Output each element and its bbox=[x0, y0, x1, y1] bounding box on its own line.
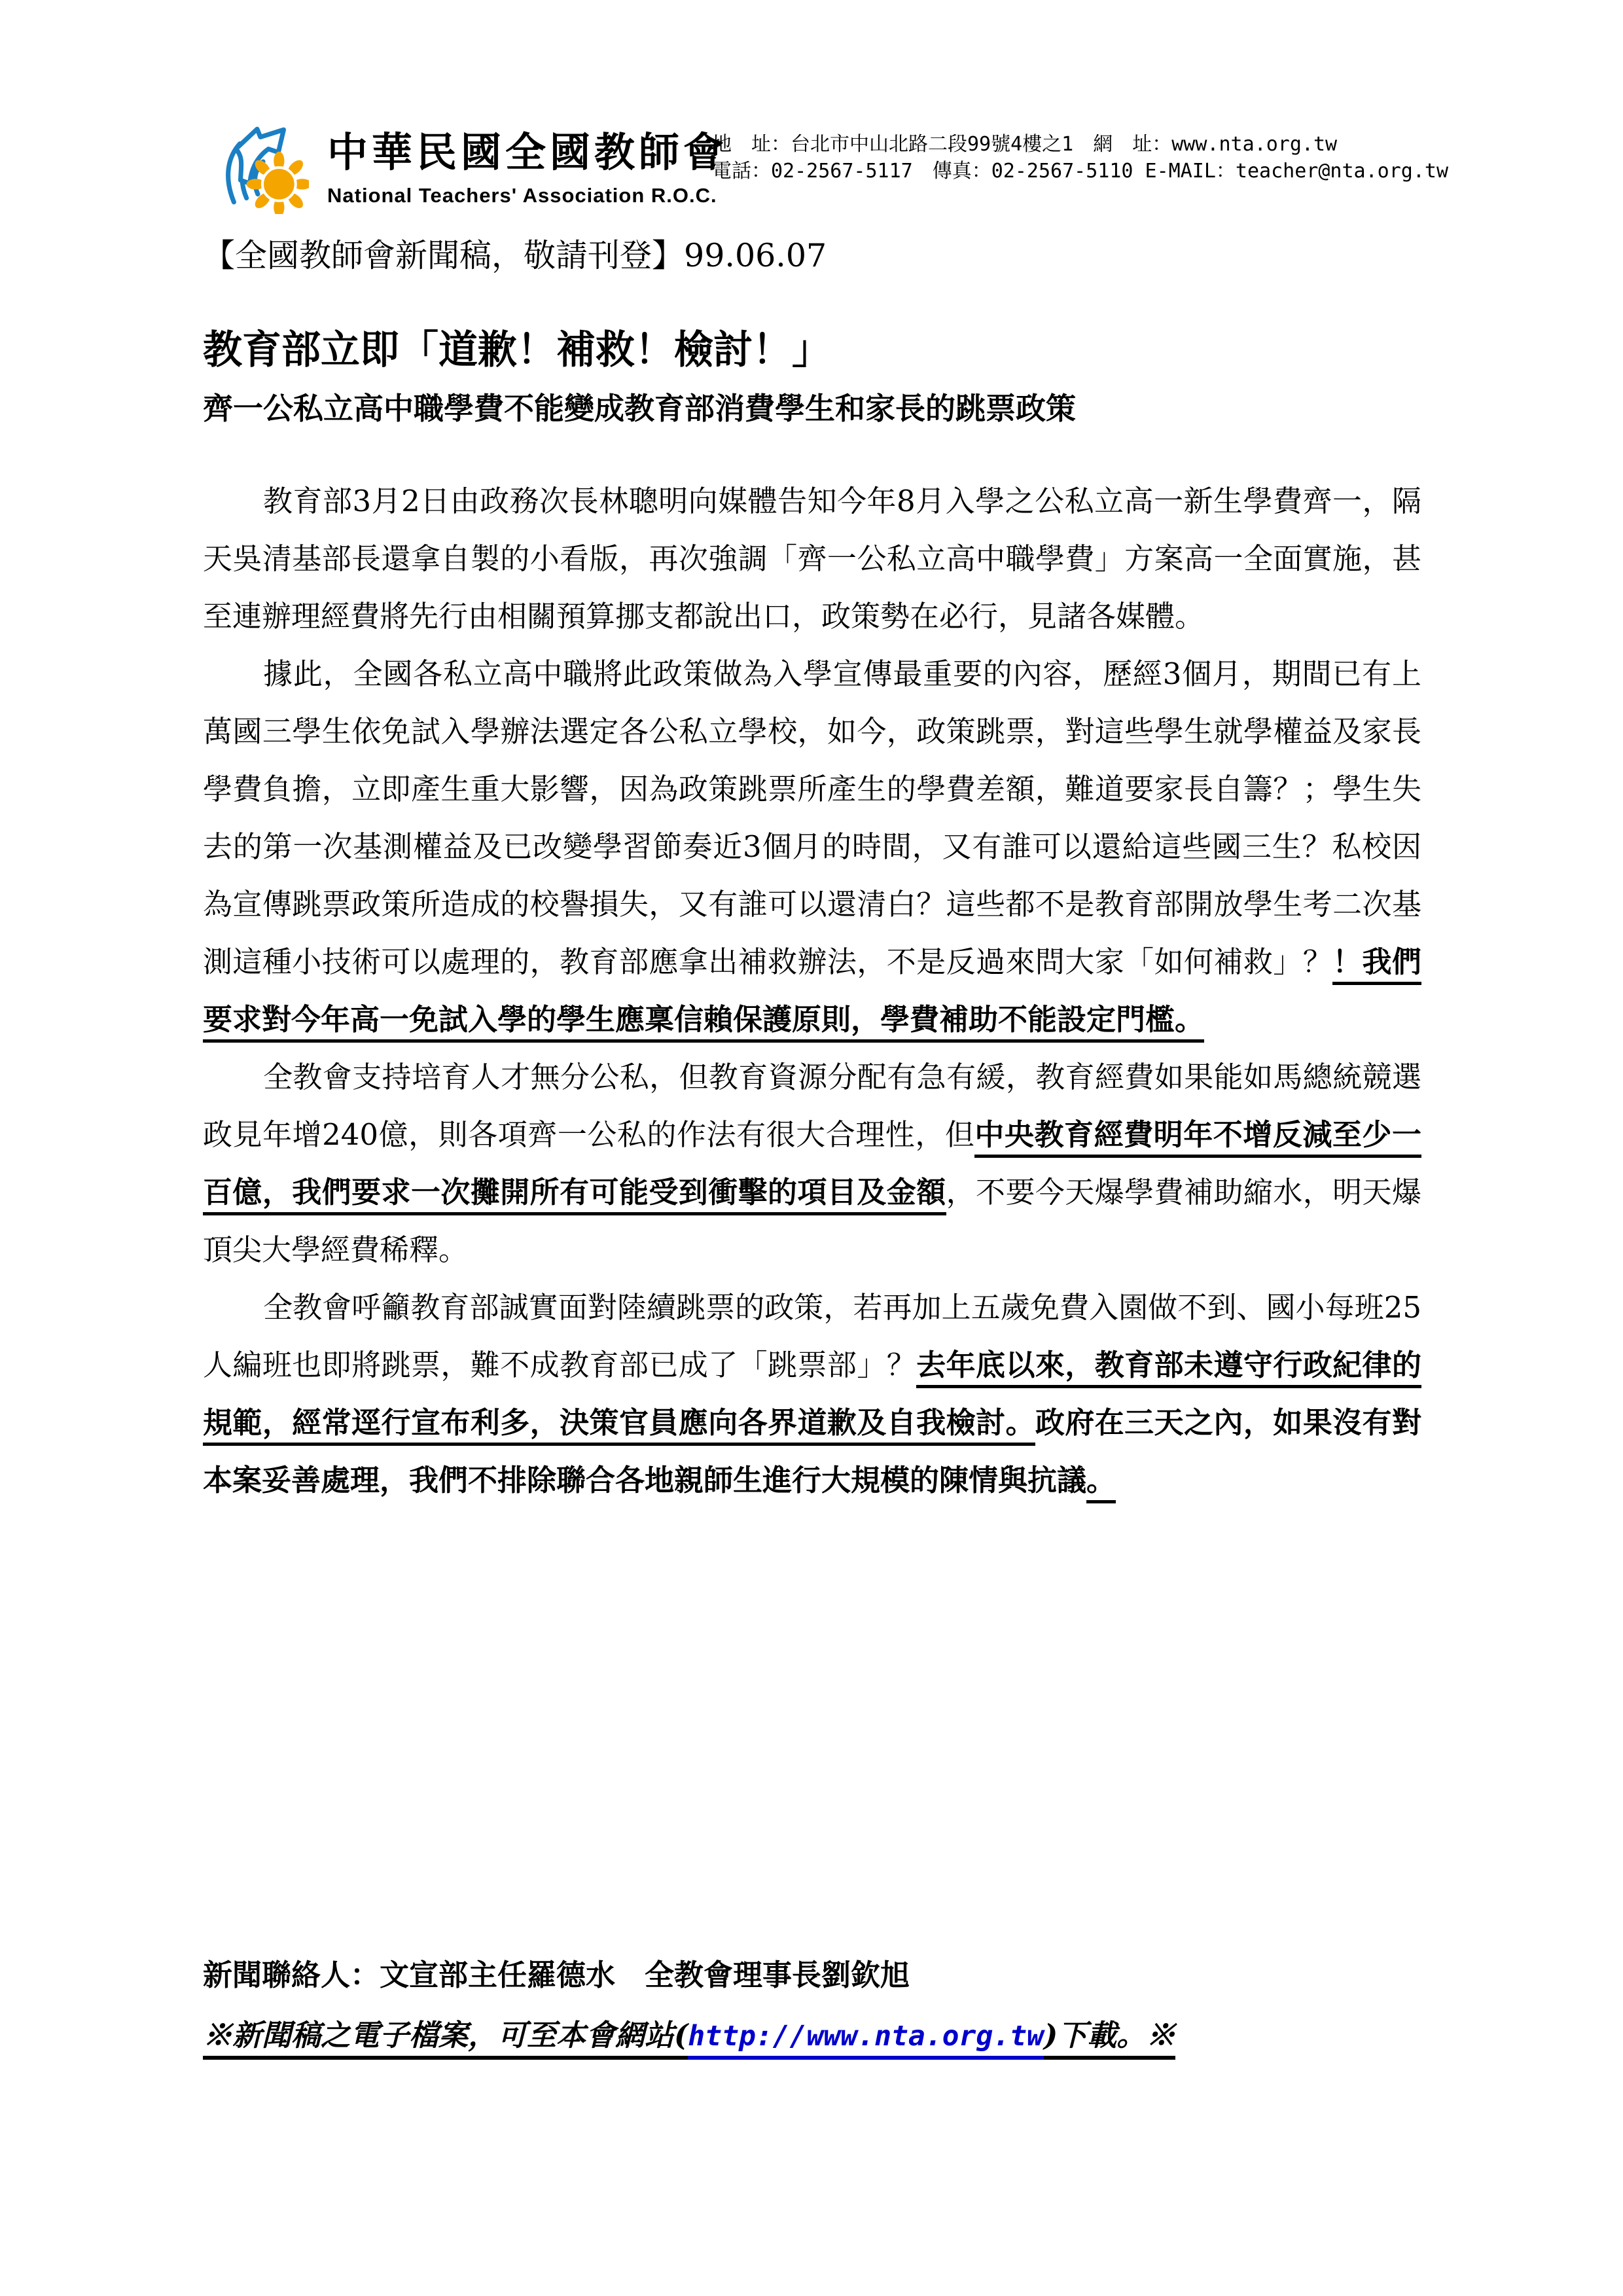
press-release-page: 中華民國全國教師會 National Teachers' Association… bbox=[0, 0, 1623, 2296]
org-name-en: National Teachers' Association R.O.C. bbox=[327, 184, 728, 207]
press-banner: 【全國教師會新聞稿，敬請刊登】99.06.07 bbox=[203, 230, 827, 276]
footer-contact-person: 新聞聯絡人：文宣部主任羅德水 全教會理事長劉欽旭 bbox=[203, 1945, 1175, 2005]
paragraph: 全教會呼籲教育部誠實面對陸續跳票的政策，若再加上五歲免費入園做不到、國小每班25… bbox=[203, 1279, 1421, 1509]
page-title: 教育部立即「道歉！補救！檢討！」 bbox=[203, 319, 831, 375]
body-paragraphs: 教育部3月2日由政務次長林聰明向媒體告知今年8月入學之公私立高一新生學費齊一，隔… bbox=[203, 473, 1421, 1509]
paragraph-segment: 教育部3月2日由政務次長林聰明向媒體告知今年8月入學之公私立高一新生學費齊一，隔… bbox=[203, 484, 1421, 634]
contact-info: 地 址：台北市中山北路二段99號4樓之1 網 址：www.nta.org.tw … bbox=[712, 131, 1448, 185]
footer: 新聞聯絡人：文宣部主任羅德水 全教會理事長劉欽旭 ※新聞稿之電子檔案，可至本會網… bbox=[203, 1945, 1175, 2066]
paragraph: 據此，全國各私立高中職將此政策做為入學宣傳最重要的內容，歷經3個月，期間已有上萬… bbox=[203, 645, 1421, 1049]
press-banner-label: 【全國教師會新聞稿，敬請刊登】 bbox=[203, 237, 684, 274]
paragraph-segment: 。 bbox=[1086, 1463, 1116, 1503]
letterhead: 中華民國全國教師會 National Teachers' Association… bbox=[216, 121, 728, 214]
org-name-block: 中華民國全國教師會 National Teachers' Association… bbox=[327, 121, 728, 207]
footer-note-prefix: ※新聞稿之電子檔案，可至本會網站( bbox=[203, 2018, 688, 2060]
paragraph: 教育部3月2日由政務次長林聰明向媒體告知今年8月入學之公私立高一新生學費齊一，隔… bbox=[203, 473, 1421, 645]
paragraph-segment: 據此，全國各私立高中職將此政策做為入學宣傳最重要的內容，歷經3個月，期間已有上萬… bbox=[203, 656, 1421, 979]
footer-note-url-link[interactable]: http://www.nta.org.tw bbox=[688, 2020, 1044, 2060]
press-date: 99.06.07 bbox=[684, 237, 827, 274]
contact-address-line: 地 址：台北市中山北路二段99號4樓之1 網 址：www.nta.org.tw bbox=[712, 131, 1448, 158]
org-name-zh: 中華民國全國教師會 bbox=[327, 121, 728, 184]
nta-logo-icon bbox=[216, 121, 309, 214]
footer-note-suffix: )下載。※ bbox=[1044, 2018, 1175, 2060]
page-subtitle: 齊一公私立高中職學費不能變成教育部消費學生和家長的跳票政策 bbox=[203, 385, 1076, 428]
paragraph: 全教會支持培育人才無分公私，但教育資源分配有急有緩，教育經費如果能如馬總統競選政… bbox=[203, 1049, 1421, 1279]
contact-phone-line: 電話：02-2567-5117 傳真：02-2567-5110 E-MAIL：t… bbox=[712, 158, 1448, 185]
footer-note: ※新聞稿之電子檔案，可至本會網站(http://www.nta.org.tw)下… bbox=[203, 2005, 1175, 2066]
